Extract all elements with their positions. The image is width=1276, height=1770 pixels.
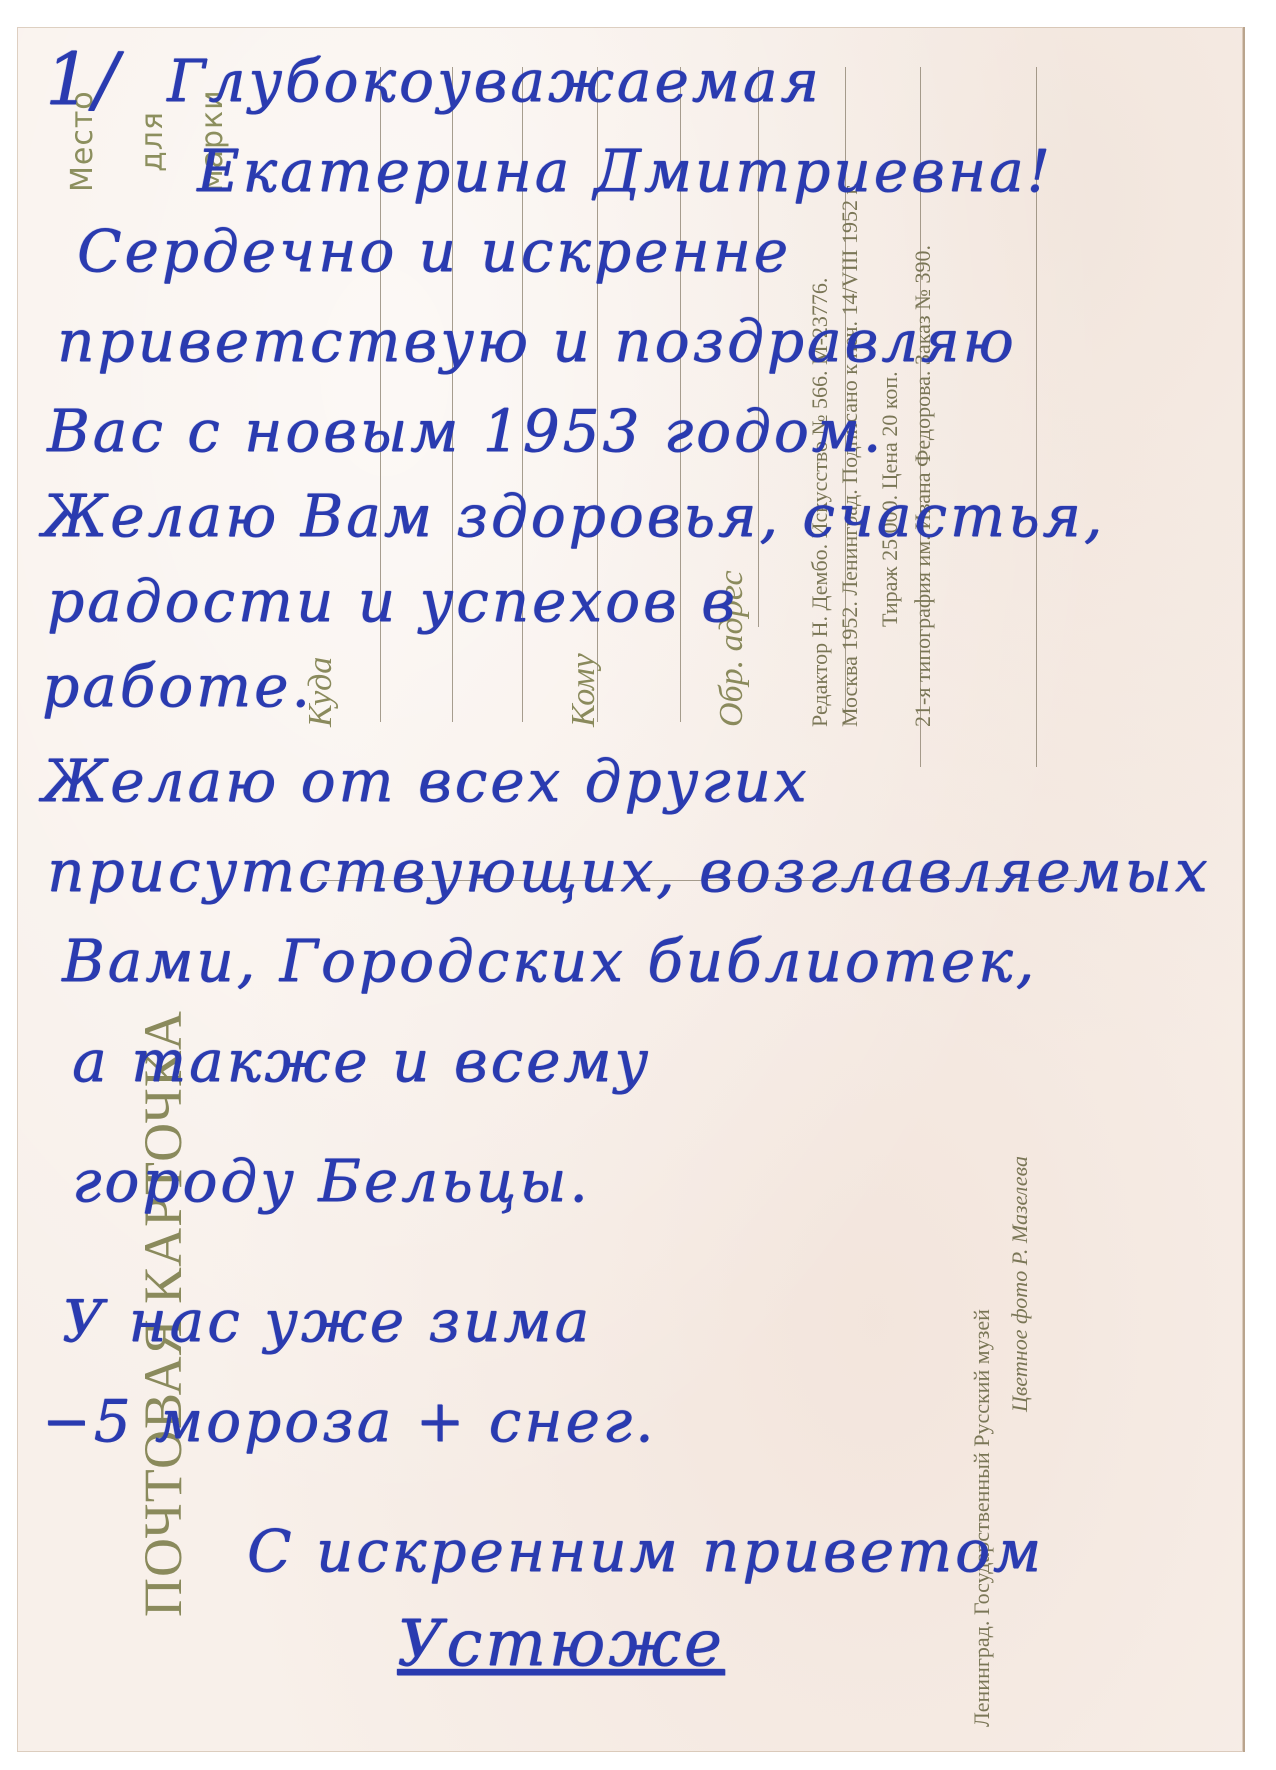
handwritten-line: Желаю Вам здоровья, счастья, xyxy=(42,482,1105,550)
handwritten-line: Вас с новым 1953 годом. xyxy=(47,397,884,465)
handwritten-line: присутствующих, возглавляемых xyxy=(47,837,1210,905)
postcard: Место для марки ПОЧТОВАЯ КАРТОЧКА Куда К… xyxy=(17,27,1245,1752)
handwritten-line: −5 мороза + снег. xyxy=(42,1387,656,1455)
handwritten-line: работе. xyxy=(42,652,313,720)
handwritten-line: У нас уже зима xyxy=(62,1287,592,1355)
handwritten-line: С искренним приветом xyxy=(247,1517,1044,1585)
signature: Устюже xyxy=(397,1607,725,1681)
handwritten-line: Екатерина Дмитриевна! xyxy=(197,137,1053,205)
handwritten-line: приветствую и поздравляю xyxy=(57,307,1017,375)
handwritten-line: Желаю от всех других xyxy=(42,747,809,815)
handwritten-line: Глубокоуважаемая xyxy=(167,47,822,115)
stamp-for-label: для xyxy=(135,111,170,172)
handwritten-line: Вами, Городских библиотек, xyxy=(62,927,1037,995)
handwritten-line: а также и всему xyxy=(72,1027,651,1095)
handwritten-line: городу Бельцы. xyxy=(72,1147,591,1215)
page-marker: 1/ xyxy=(45,37,121,121)
handwritten-line: Сердечно и искренне xyxy=(77,217,791,285)
handwritten-line: радости и успехов в xyxy=(47,567,738,635)
publisher-line-2: Цветное фото Р. Мазелева xyxy=(1007,1156,1033,1412)
field-to-whom-label: Кому xyxy=(565,653,603,727)
